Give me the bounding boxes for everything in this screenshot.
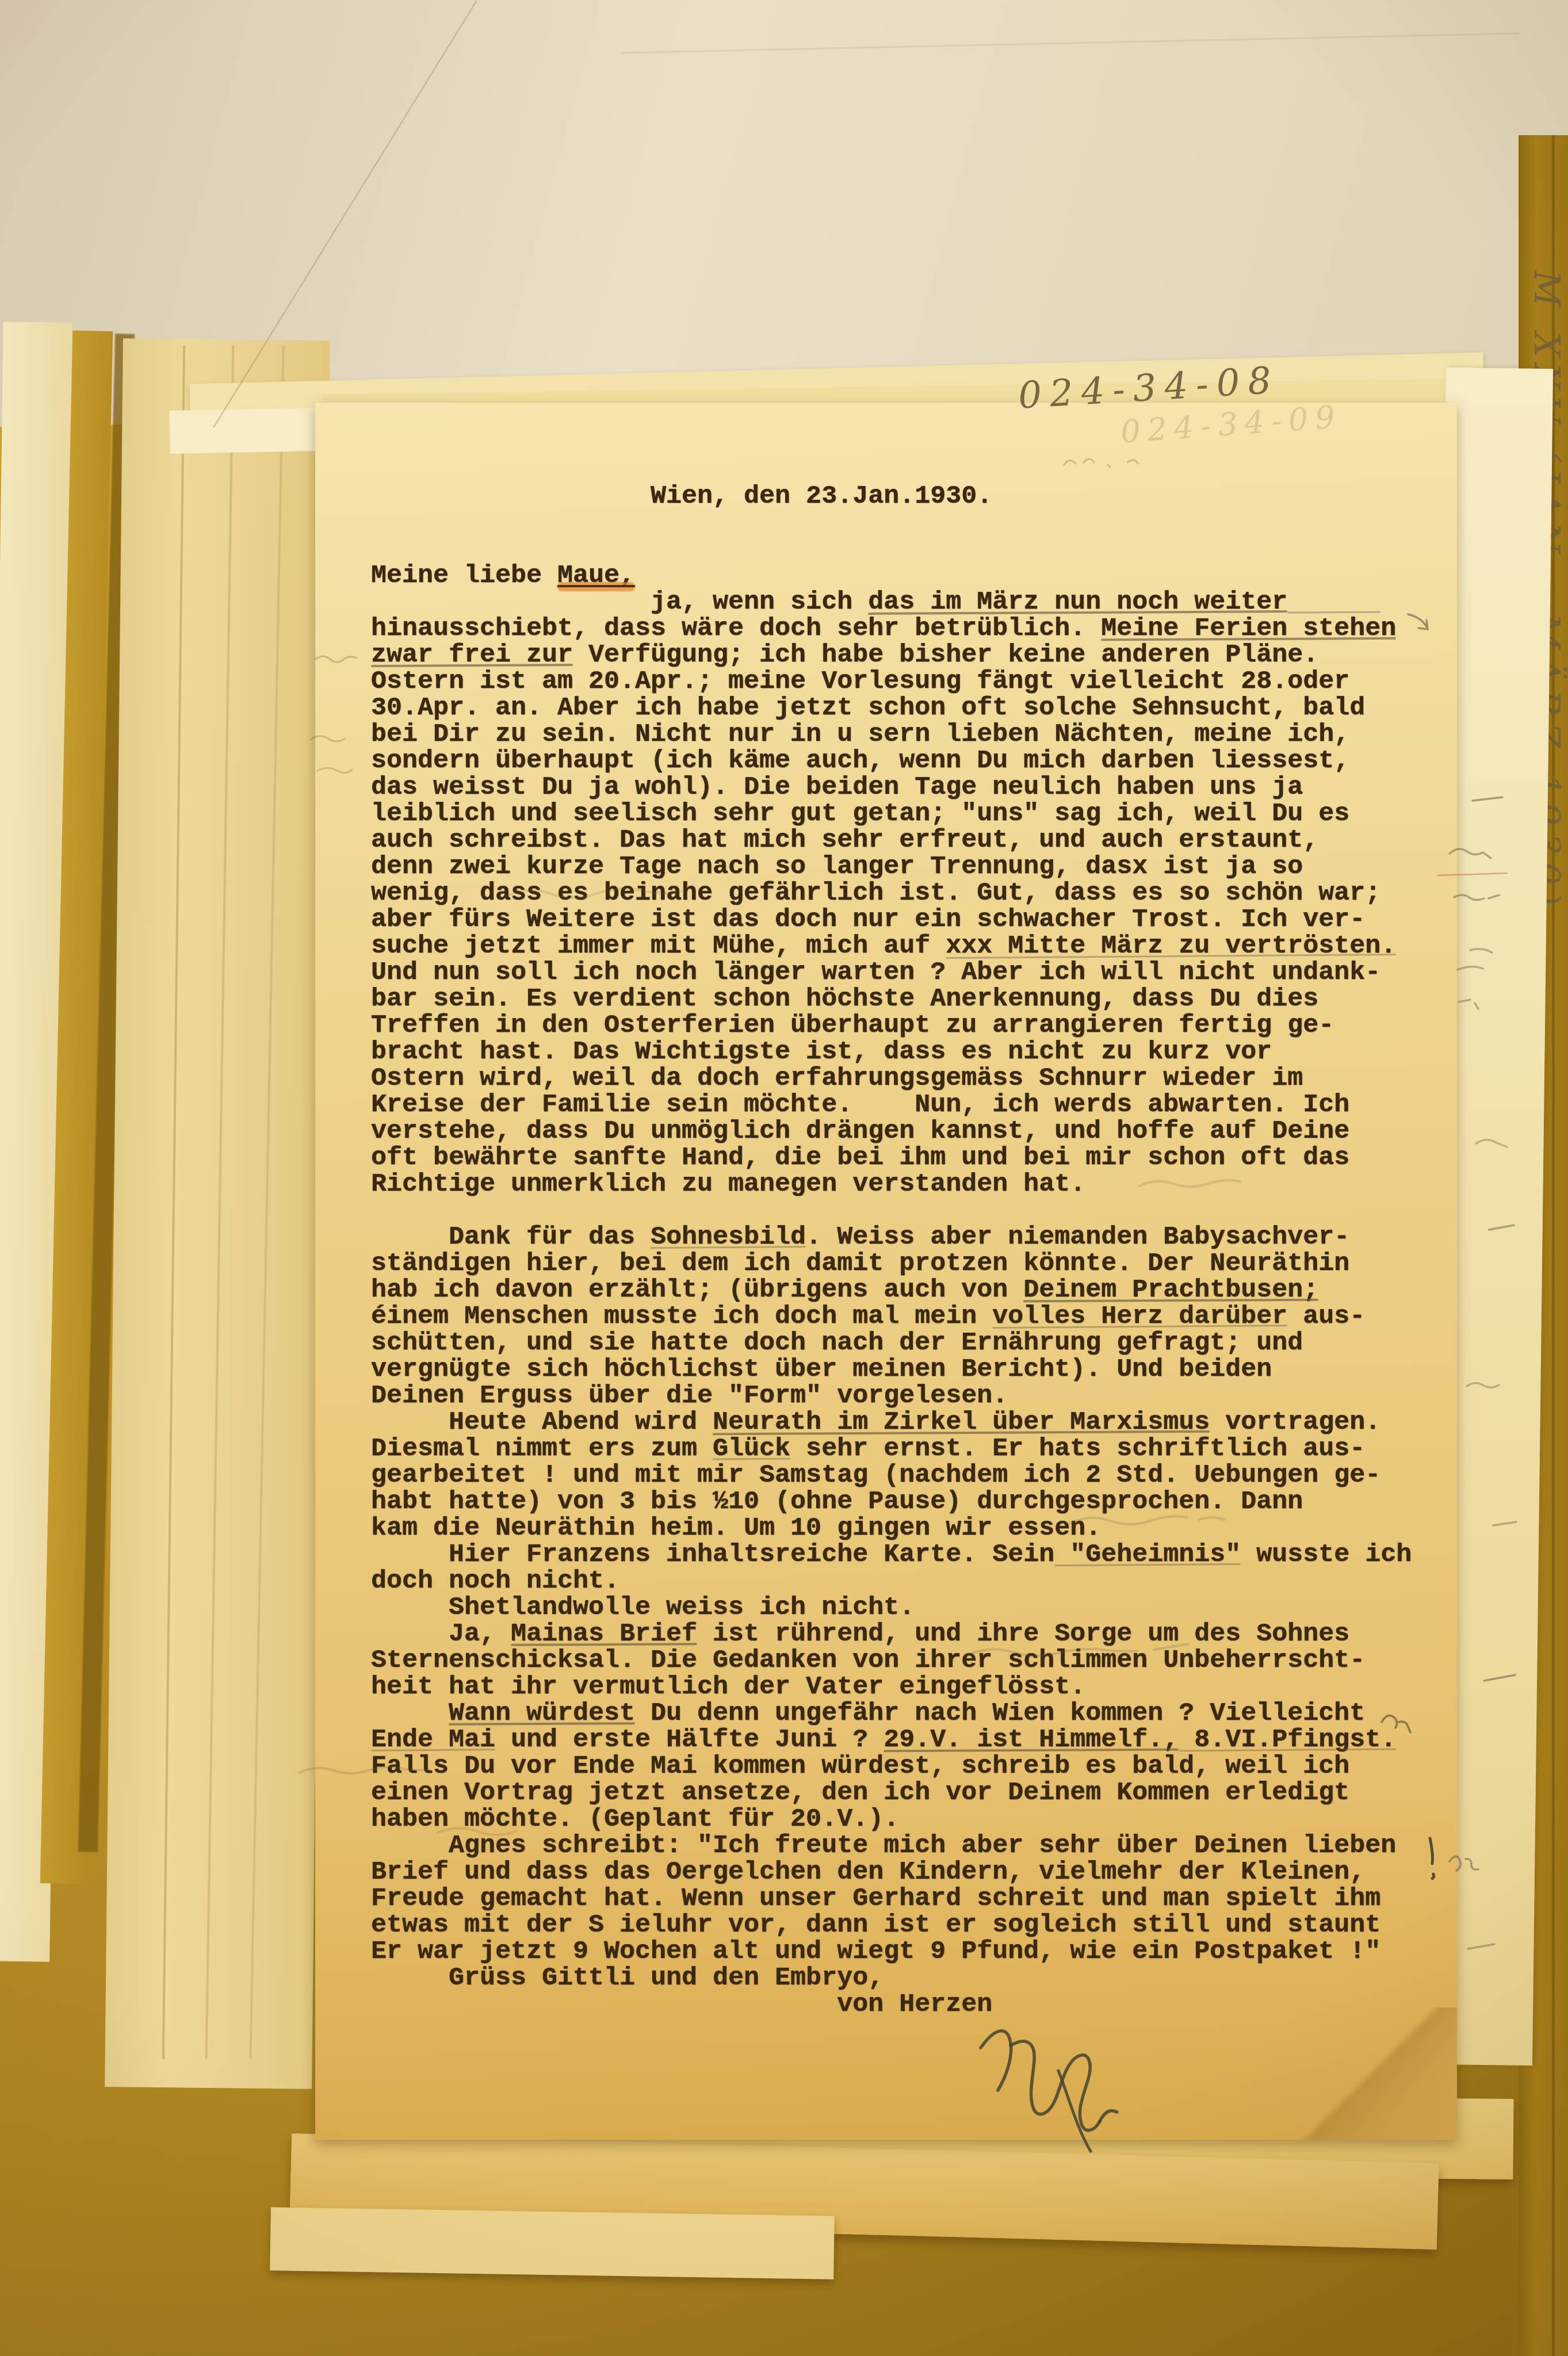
annotation-mark-pencil xyxy=(371,664,573,667)
annotation-mark-pencil-light xyxy=(651,1246,806,1249)
annotation-mark-pencil-light xyxy=(371,1749,495,1751)
bottom-sheet-edge xyxy=(270,2207,835,2279)
left-paper-stack xyxy=(105,338,330,2089)
annotation-mark-pencil-light xyxy=(946,954,1396,959)
annotation-mark-pencil xyxy=(1023,1299,1318,1303)
annotation-mark-pencil xyxy=(511,1643,697,1646)
annotation-mark-pencil xyxy=(868,610,1287,615)
annotation-mark-pencil-light xyxy=(713,1458,790,1460)
annotation-mark-pencil xyxy=(884,1749,1179,1753)
annotation-mark-pencil xyxy=(449,1722,635,1726)
annotation-mark-pencil-light xyxy=(1287,611,1380,613)
annotation-mark-pencil xyxy=(713,1431,1210,1436)
annotation-marks xyxy=(315,403,1457,2140)
letter-page: 024-34-08 024-34-09 Wien, den 23.Jan.193… xyxy=(315,403,1457,2140)
annotation-mark-pencil xyxy=(1101,637,1396,641)
page-corner-fold xyxy=(1296,2007,1457,2140)
annotation-mark-pencil-light xyxy=(992,1325,1287,1329)
annotation-mark-ink xyxy=(557,585,635,587)
photo-of-letter-in-folder: M XXV (JAN.- MÄRZ 1930) 024-34-08 024-34… xyxy=(0,0,1568,2356)
annotation-mark-pencil-light xyxy=(1054,1563,1241,1567)
annotation-mark-pencil-light xyxy=(1179,1749,1396,1752)
